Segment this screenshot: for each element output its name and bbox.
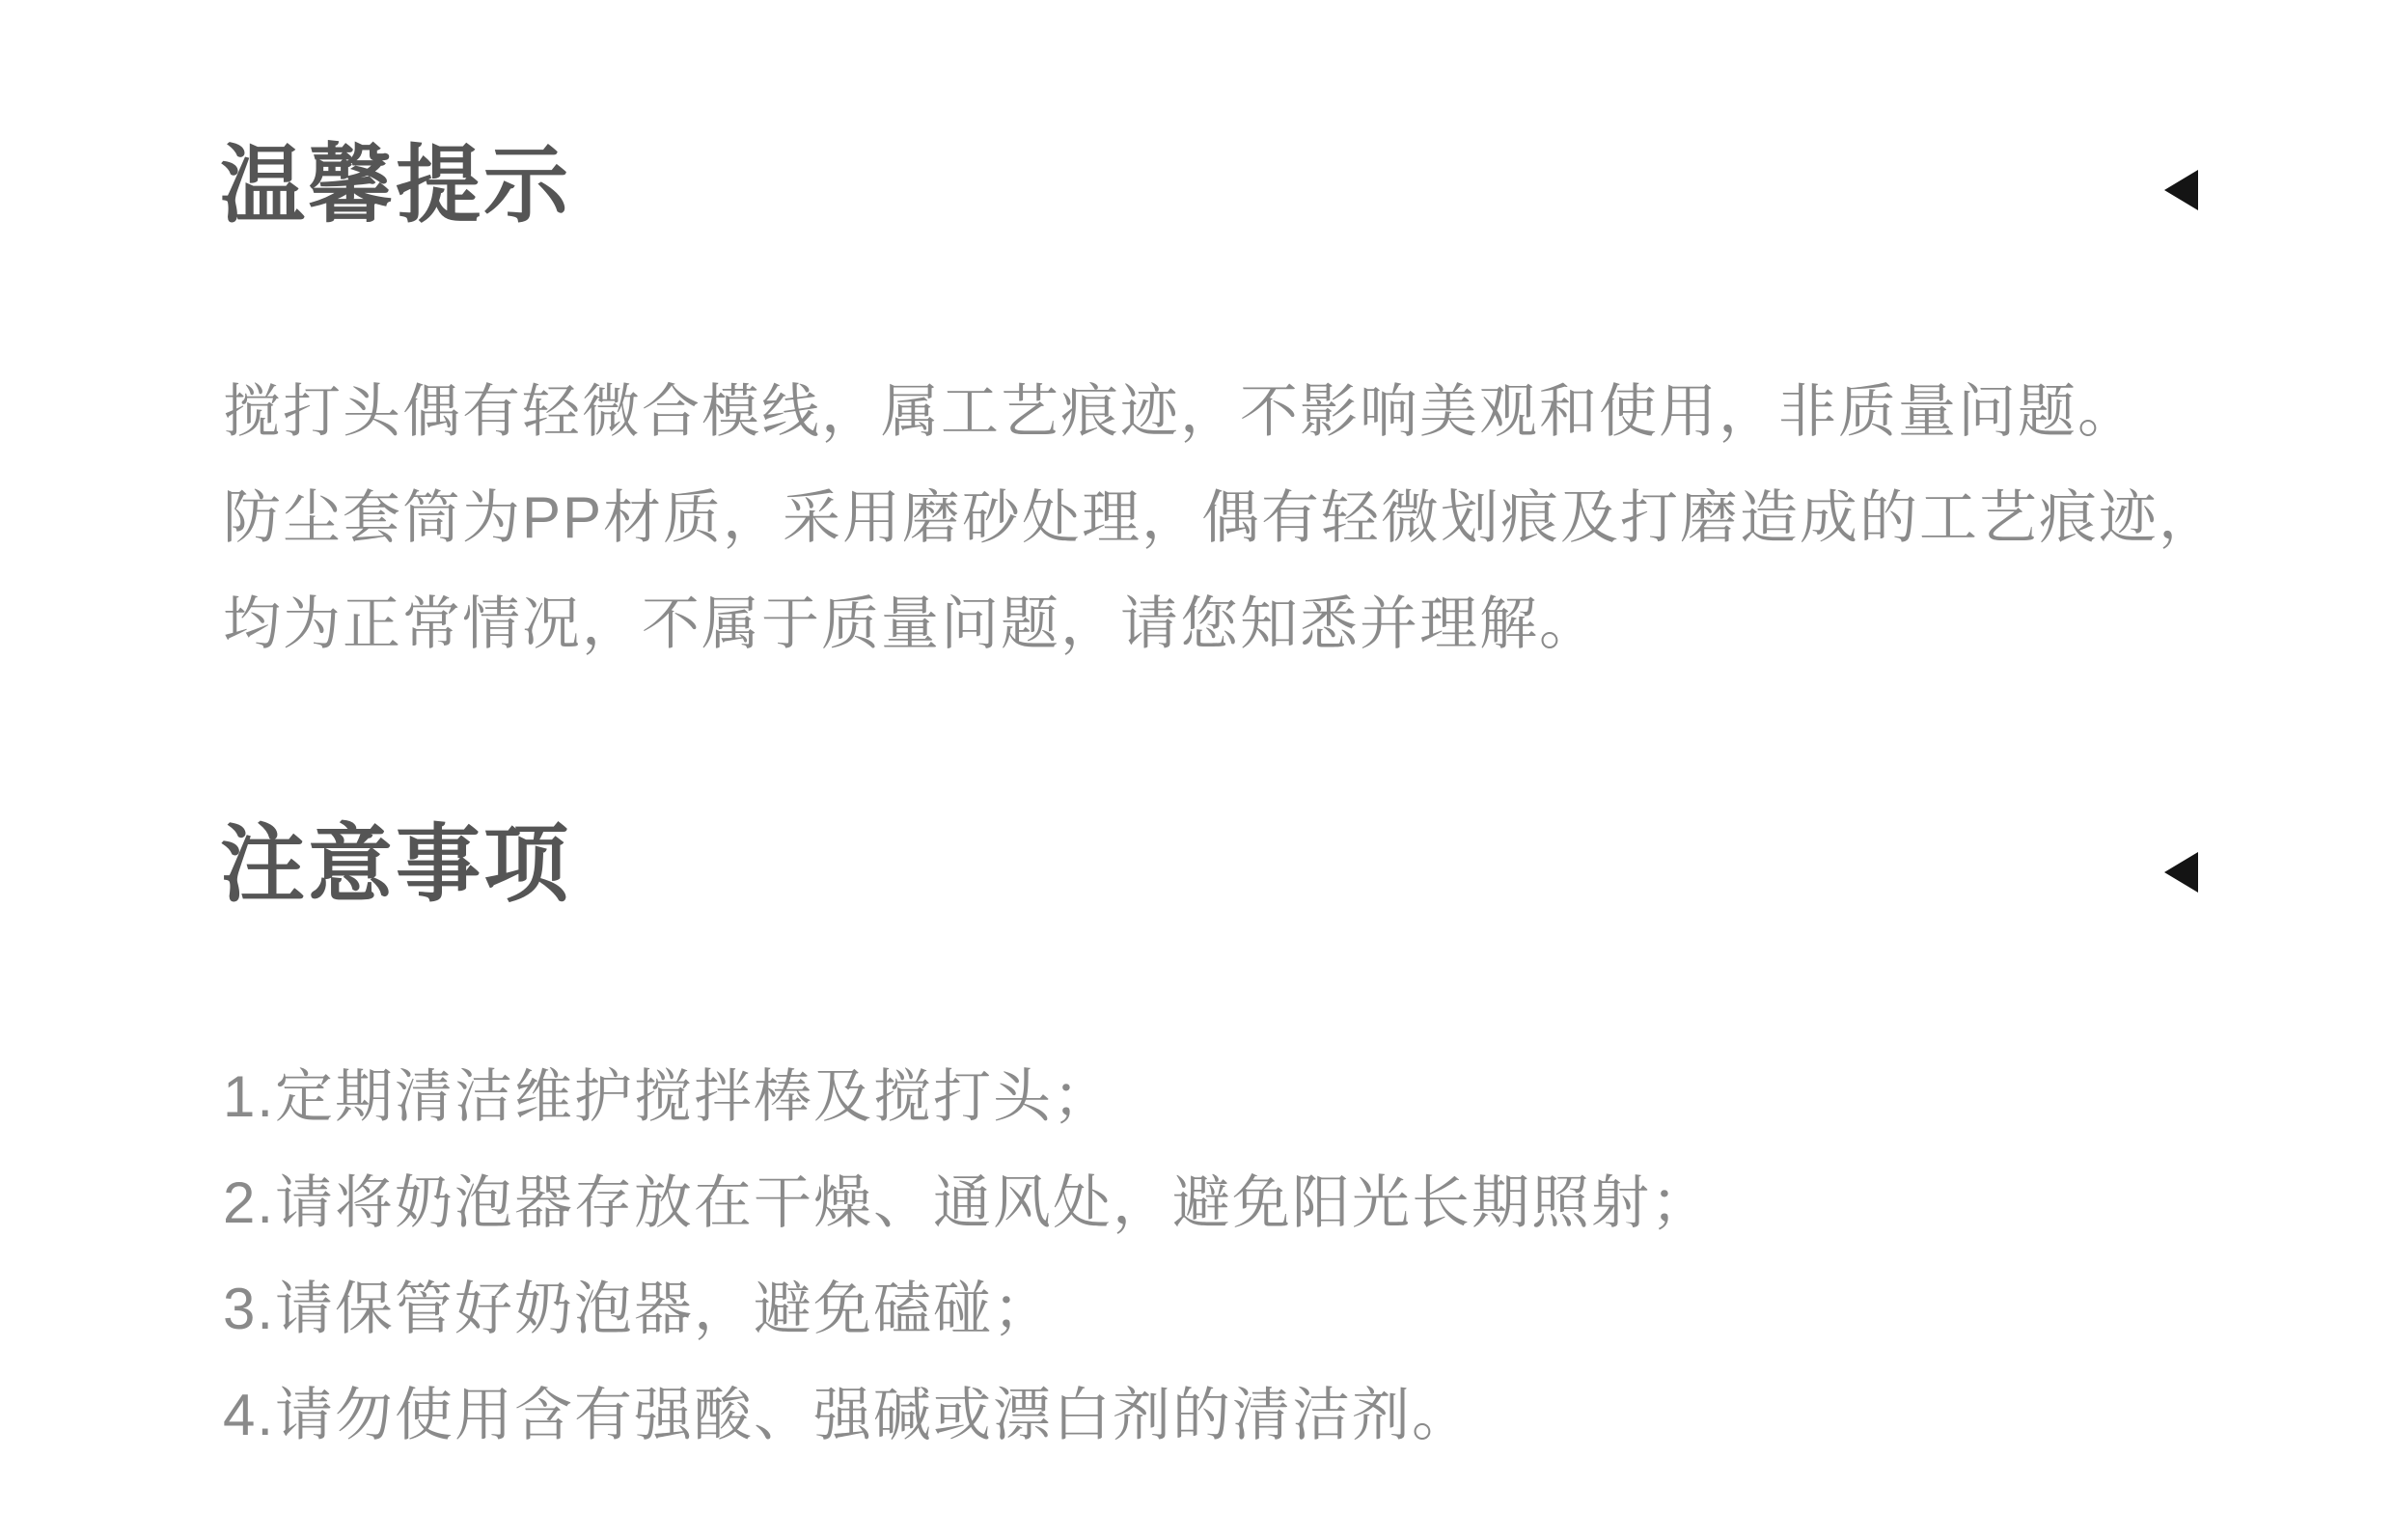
warm-tips-line: 搅打头偶有轻微合模线，属工艺痕迹，不影响美观和使用，非质量问题。 bbox=[223, 359, 2218, 465]
notes-item: 3.请保管好奶泡器，避免磕碰； bbox=[223, 1256, 1711, 1362]
warm-tips-line: 均为正常情况，不属于质量问题，请您知悉并理解。 bbox=[223, 571, 2218, 677]
notes-item: 2.请将奶泡器存放在干燥、通风处，避免阳光长期照射； bbox=[223, 1150, 1711, 1256]
notes-item: 1.定期清洁维护搅拌棒及搅打头； bbox=[223, 1044, 1711, 1150]
product-description-page: 温馨提示 搅打头偶有轻微合模线，属工艺痕迹，不影响美观和使用，非质量问题。 防尘… bbox=[0, 0, 2393, 1540]
warm-tips-title: 温馨提示 bbox=[220, 143, 571, 228]
collapse-triangle-icon bbox=[2164, 170, 2198, 210]
warm-tips-line: 防尘套筒为PP材质，采用磨砂处理，偶有轻微划痕及打磨造成的工艺痕迹， bbox=[223, 465, 2218, 571]
notes-title: 注意事项 bbox=[220, 822, 571, 907]
collapse-triangle-icon bbox=[2164, 852, 2198, 893]
warm-tips-text: 搅打头偶有轻微合模线，属工艺痕迹，不影响美观和使用，非质量问题。 防尘套筒为PP… bbox=[223, 359, 2218, 677]
notes-item: 4.请勿使用含有强酸、强碱或漂白剂的清洁剂。 bbox=[223, 1362, 1711, 1469]
notes-list: 1.定期清洁维护搅拌棒及搅打头； 2.请将奶泡器存放在干燥、通风处，避免阳光长期… bbox=[223, 1044, 1711, 1469]
